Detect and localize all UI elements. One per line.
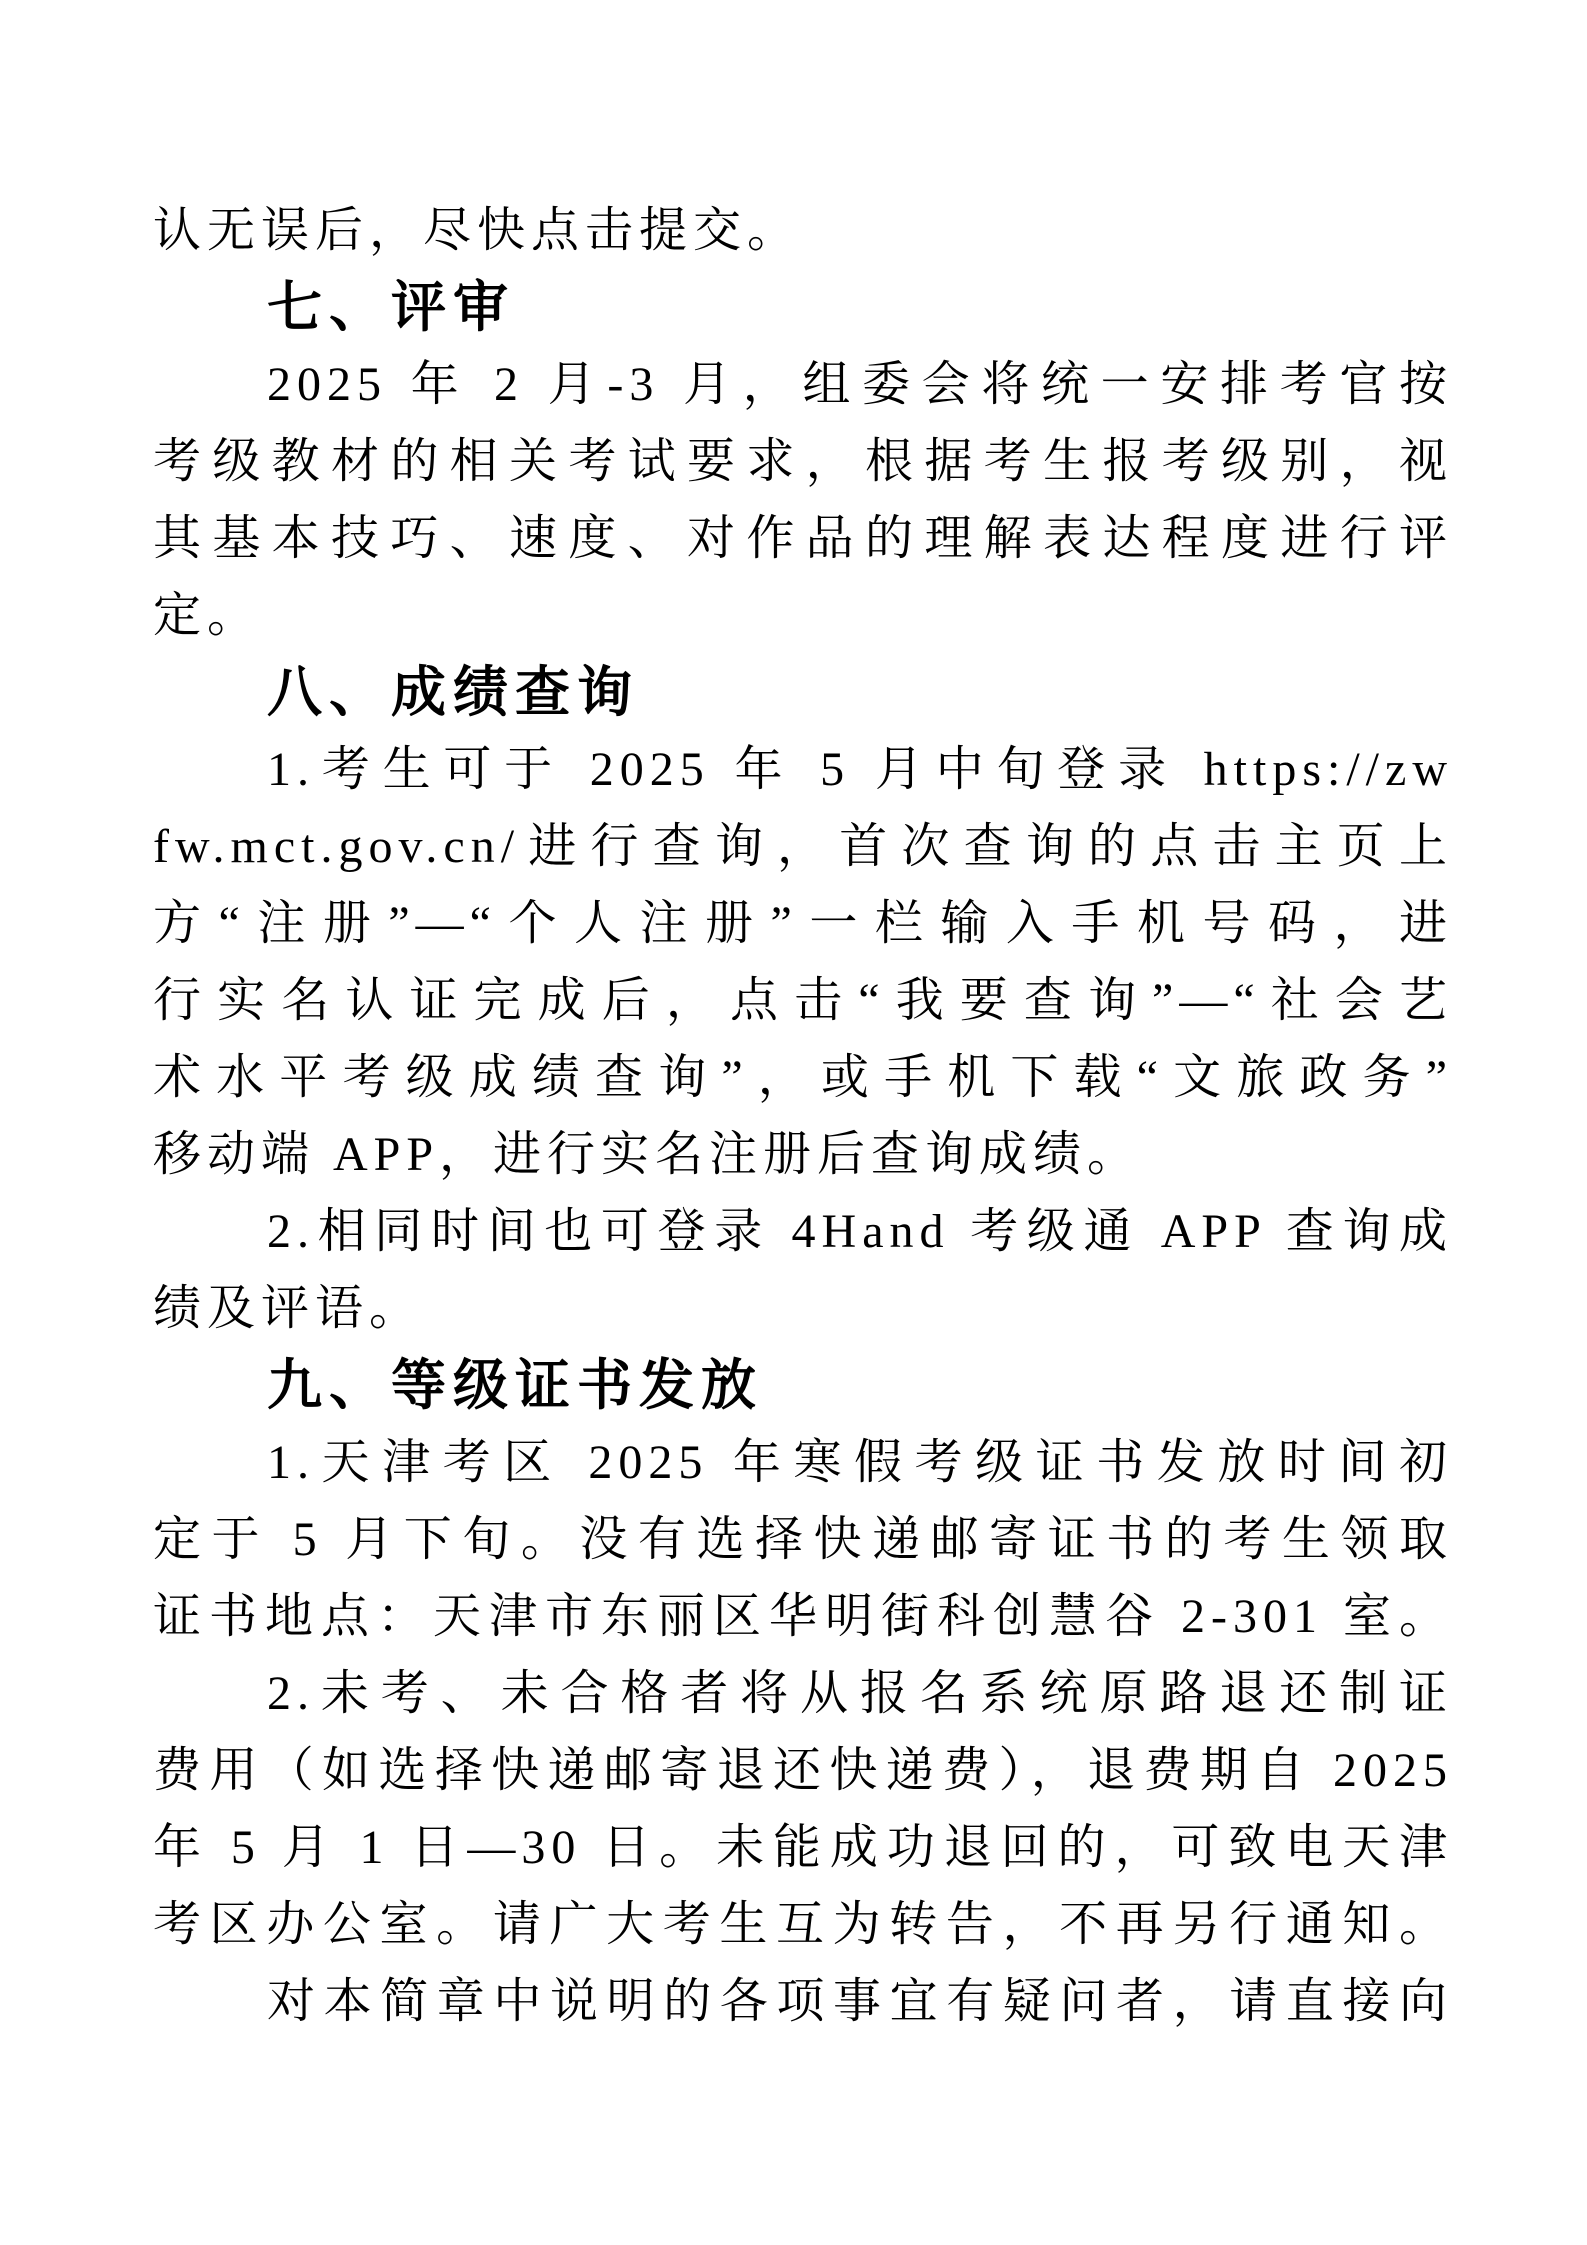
section-heading-score-query: 八、成绩查询 [153, 654, 1453, 731]
document-text-block: 认无误后，尽快点击提交。 七、评审 2025 年 2 月-3 月，组委会将统一安… [153, 192, 1453, 2040]
text-line: 对本简章中说明的各项事宜有疑问者，请直接向 [153, 1963, 1453, 2040]
text-line: 1.考生可于 2025 年 5 月中旬登录 https://zw [153, 731, 1453, 808]
text-line: 年 5 月 1 日—30 日。未能成功退回的，可致电天津 [153, 1809, 1453, 1886]
text-line: 2.相同时间也可登录 4Hand 考级通 APP 查询成 [153, 1193, 1453, 1270]
text-line: fw.mct.gov.cn/进行查询，首次查询的点击主页上 [153, 808, 1453, 885]
document-page: 认无误后，尽快点击提交。 七、评审 2025 年 2 月-3 月，组委会将统一安… [0, 0, 1587, 2245]
text-line: 1.天津考区 2025 年寒假考级证书发放时间初 [153, 1424, 1453, 1501]
text-line: 其基本技巧、速度、对作品的理解表达程度进行评 [153, 500, 1453, 577]
text-line: 证书地点：天津市东丽区华明街科创慧谷 2-301 室。 [153, 1578, 1453, 1655]
text-line: 2025 年 2 月-3 月，组委会将统一安排考官按 [153, 346, 1453, 423]
section-heading-certificate: 九、等级证书发放 [153, 1347, 1453, 1424]
text-line: 费用（如选择快递邮寄退还快递费），退费期自 2025 [153, 1732, 1453, 1809]
text-line: 考级教材的相关考试要求，根据考生报考级别，视 [153, 423, 1453, 500]
text-line: 认无误后，尽快点击提交。 [153, 192, 1453, 269]
text-line: 绩及评语。 [153, 1270, 1453, 1347]
text-line: 行实名认证完成后，点击“我要查询”—“社会艺 [153, 962, 1453, 1039]
text-line: 定。 [153, 577, 1453, 654]
text-line: 术水平考级成绩查询”，或手机下载“文旅政务” [153, 1039, 1453, 1116]
text-line: 方“注册”—“个人注册”一栏输入手机号码，进 [153, 885, 1453, 962]
text-line: 移动端 APP，进行实名注册后查询成绩。 [153, 1116, 1453, 1193]
text-line: 考区办公室。请广大考生互为转告，不再另行通知。 [153, 1886, 1453, 1963]
text-line: 定于 5 月下旬。没有选择快递邮寄证书的考生领取 [153, 1501, 1453, 1578]
text-line: 2.未考、未合格者将从报名系统原路退还制证 [153, 1655, 1453, 1732]
section-heading-review: 七、评审 [153, 269, 1453, 346]
